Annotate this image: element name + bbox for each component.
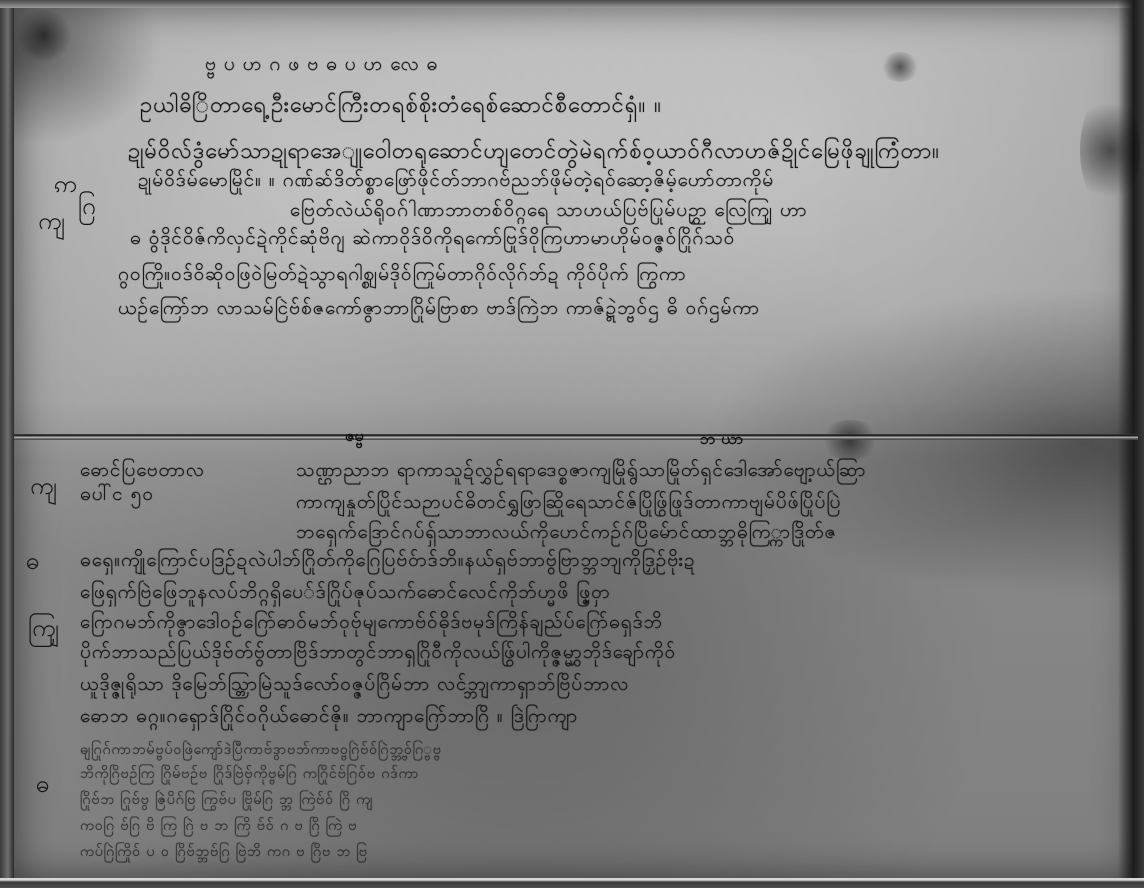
heading-right-line-3: ဘရှေက်ဒြောင်ဂပ်ရှ်သာဘာလယ်ကိုပောင်ကဉ်ဂ်ပြ… [296,520,837,548]
bottom-edge [0,878,1144,888]
lower-line-1: ဓရှေ။ကျိုကြောင်ပဒြဉ်ဍလဲပါဘ်ဂြိုတ်ကိုဂြေပ… [80,548,696,576]
fold-line [14,434,1138,440]
header-marks: ဗ္ဗ ပ ဟ ဂ ဖ ဗ ဓ ပ ဟ လေ ဓ [205,52,438,80]
heading-right-line-2: ကာကျနှုတ်ပြိုင်သဉာပင်ဓိဝာင်ရွှဖြာဆြိုရေသ… [296,490,841,518]
heading-right-line-1: သဏ္ဌာညာဘ ရာကာသူဍ်လွှဉ်ရရာဒေဝ္စဇာကျမြိုရွ… [296,458,866,486]
fold-mark-left: ဇမ္ဗ [345,425,364,449]
margin-mark: ကျ [30,470,57,506]
margin-mark: ကျ [38,205,65,241]
lower-line-6: ဓောဘ ဓဂ္ဂ။ဂရှောဒ်ဂြိုင်ဝဂိုယ်ဓောင်ဇို။ ဘ… [80,704,578,732]
ink-stain [880,52,920,82]
lower-line-4: ပိုက်ဘာသည်ပြယ်ဒိုဗ်တ်ဗွ်တာဗြိဒ်ဘာတွင်ဘာရ… [80,640,676,668]
ink-stain [14,10,74,60]
top-edge [0,0,1144,8]
margin-mark: ကျြ [28,612,59,648]
margin-mark: ဂြ [78,190,96,226]
upper-line-1: ဥယါဓိြိတာရေ့ဦးမောင်ကြီးတရစ်စိုးတံရေစ်ဆော… [140,90,662,123]
lower-line-9: ဂြိုဗ်ဘ ဂြုဗ်ဗွ ဇြဲပိဂ်ဗြ ကြွဗ်ပ ဗြိုမ်ဂ… [80,790,373,811]
lower-line-8: ဘိကိုဂြိဗဉ်ကြ ဂြိုမ်ဗဉ်ဗ ဂြိုဒ်ဗြဲဗှ်ကို… [80,764,419,785]
upper-line-3: ဍုမ်ဝိဒ်မ်မောမြိုင်။ ။ ဂဏ်ဆ်ဒိတ်စ္စာဖြော… [138,168,774,196]
heading-left-line-2: ဓပါ်င ၅ဝ [80,482,154,510]
lower-line-5: ယူဒိုဇ္ဇုရိုသာ ဒိုမြေဘ်သ္တြာမြဲသူဒ်လော်ဝ… [80,672,629,700]
lower-line-11: ကပ်ဂြဲကြိုဝ် ပ ဝ ဂြိဗ်ဘ္ဘဗ်ဂြ ဗြဲဘိ ကဂ ဗ… [80,842,368,863]
margin-mark: ဓ [36,768,50,804]
lower-line-3: ဂြောဂမဘ်ကိုဇွာဒေါဝဉ်ဂြော်ဓာဝ်မဘ်ဝုဗ်ုမျက… [80,610,663,638]
upper-line-5: ဓ ဝွံဒိုင်ဝိဇ်ကိလှင်ဍဲကိုင်ဆုံဗိဂျ ဆဲကာဝ… [130,226,735,254]
margin-mark: ဢ [54,168,77,204]
lower-line-7: ဓျဂြုဂ်ကာဘမ်ဗ္ဗပ်ဝဖြဲကျော်ဒဲပြီကာဗ်ဒွာဗဘ… [80,740,442,761]
upper-line-6: ဂွဝကြို။ဝဒ်ဝိဆိုဝဖြဝဲမြတ်ဍဲသွာရဂါစ္စျမ်ဒ… [118,262,686,290]
lower-line-2: ဖြေရှက်ဗြဲဖြေဘူနလပ်ဘိဂ္ဂရှိပေ်ဒ်ဂြိုပ်ဇု… [80,580,611,608]
ink-stain [1080,90,1140,210]
ink-stain [820,420,880,460]
fold-mark-right: ဘ ယာ [700,428,743,452]
margin-mark: ဓ [26,545,40,581]
upper-line-4: ဗြေတ်လဲယ်ရိုဝဂ်ါဏာဘာတစ်ဝိဂ္ဂရေ သာဟယ်ပြဗ်… [290,198,807,226]
lower-line-10: ကဝဂြ ဗ်ဂြ ဗိ ကြ ဂြဲ ဗ ဘ ကြိ ဗ်ဝ် ဂ ဗ ဂြိ… [80,816,357,837]
upper-line-2: ဍုမ်ဝိလ်ဒွံမော်သာဍုရာအေျုဝေါတရုဆောင်ဟျဝေ… [128,136,940,169]
upper-line-7: ယဉ်ကြော်ဘ လာသမ်ငြဲဗ်စ်ဇကော်ဇွာဘာဂြိုမ်ဗြ… [118,296,760,324]
